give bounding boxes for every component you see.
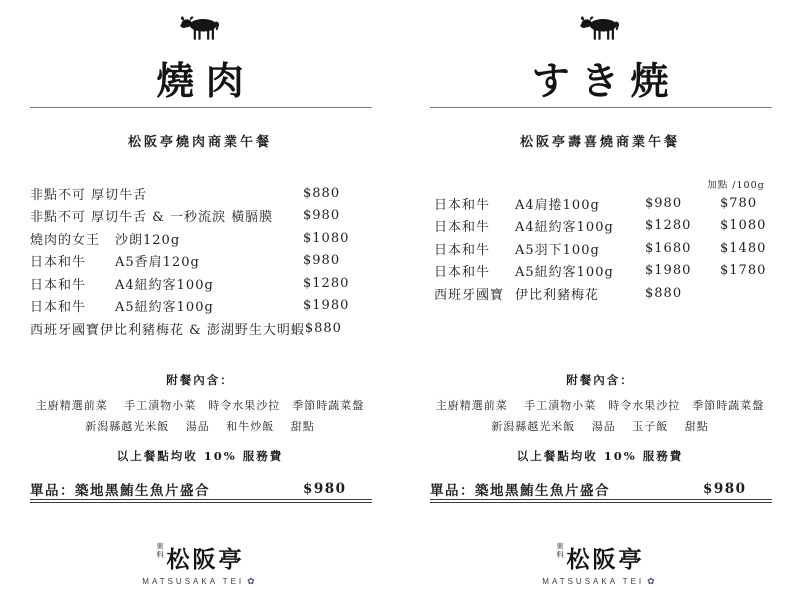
divider-line — [30, 107, 372, 108]
logo-name: 松阪亭 — [567, 541, 645, 574]
item-name: 日本和牛 — [30, 251, 115, 270]
single-item-row: 單品：築地黑鮪生魚片盛合 $980 — [30, 479, 372, 499]
menu-item: 日本和牛 A5羽下100g $1680 $1480 — [434, 237, 776, 260]
item-cut: A5紐約客100g — [115, 296, 303, 315]
menu-subtitle: 松阪亭燒肉商業午餐 — [0, 131, 400, 150]
flower-icon: ✿ — [647, 576, 658, 586]
item-name: 日本和牛 — [30, 296, 115, 315]
item-cut: A5香肩120g — [115, 251, 303, 270]
item-name: 非點不可 厚切牛舌 & 一秒流淚 橫膈膜 — [30, 206, 273, 225]
menu-page: 燒肉 松阪亭燒肉商業午餐 非點不可 厚切牛舌 $880 非點不可 厚切牛舌 & … — [0, 0, 800, 600]
menu-title-yakiniku: 燒肉 — [0, 50, 400, 105]
divider-line — [430, 107, 772, 108]
menu-item: 非點不可 厚切牛舌 & 一秒流淚 橫膈膜 $980 — [30, 205, 372, 228]
included-line: 新潟縣越光米飯 湯品 和牛炒飯 甜點 — [0, 416, 400, 437]
single-item-name: 單品：築地黑鮪生魚片盛合 — [430, 479, 703, 499]
item-addon-price: $1080 — [720, 218, 776, 233]
double-divider-line — [30, 499, 372, 503]
menu-title-sukiyaki: すき焼 — [400, 50, 800, 105]
logo-name: 松阪亭 — [167, 541, 245, 574]
item-addon-price: $780 — [720, 196, 776, 211]
item-price: $980 — [645, 196, 720, 211]
cow-icon — [0, 14, 400, 46]
item-price: $1980 — [645, 263, 720, 278]
included-header: 附餐內含： — [0, 372, 400, 388]
menu-item: 日本和牛 A4肩捲100g $980 $780 — [434, 192, 776, 215]
item-name: 日本和牛 — [434, 239, 515, 258]
flower-icon: ✿ — [247, 576, 258, 586]
menu-item: 燒肉的女王 沙朗120g $1080 — [30, 227, 372, 250]
item-price: $880 — [305, 321, 372, 336]
brand-logo: 東料 松阪亭 MATSUSAKA TEI✿ — [0, 541, 400, 587]
cow-icon — [400, 14, 800, 46]
item-price: $1980 — [303, 298, 372, 313]
menu-item: 日本和牛 A5紐約客100g $1980 $1780 — [434, 260, 776, 283]
item-price: $980 — [303, 253, 372, 268]
included-section: 附餐內含： 主廚精選前菜 手工漬物小菜 時令水果沙拉 季節時蔬菜盤 新潟縣越光米… — [400, 372, 800, 464]
item-cut: A4紐約客100g — [115, 274, 303, 293]
logo-romaji: MATSUSAKA TEI — [142, 577, 244, 586]
item-cut: 沙朗120g — [115, 229, 303, 248]
item-cut: A5紐約客100g — [515, 261, 645, 280]
item-price: $1280 — [645, 218, 720, 233]
item-price: $1080 — [303, 231, 372, 246]
menu-item-list: 日本和牛 A4肩捲100g $980 $780 日本和牛 A4紐約客100g $… — [434, 192, 776, 305]
menu-subtitle: 松阪亭壽喜燒商業午餐 — [400, 131, 800, 150]
single-item-price: $980 — [303, 481, 372, 497]
service-fee-note: 以上餐點均收 10% 服務費 — [0, 448, 400, 464]
item-name: 日本和牛 — [30, 274, 115, 293]
menu-item: 日本和牛 A4紐約客100g $1280 — [30, 272, 372, 295]
included-section: 附餐內含： 主廚精選前菜 手工漬物小菜 時令水果沙拉 季節時蔬菜盤 新潟縣越光米… — [0, 372, 400, 464]
included-line: 主廚精選前菜 手工漬物小菜 時令水果沙拉 季節時蔬菜盤 — [0, 395, 400, 416]
item-cut: A5羽下100g — [515, 239, 645, 258]
menu-item: 西班牙國寶伊比利豬梅花 & 澎湖野生大明蝦 $880 — [30, 317, 372, 340]
double-divider-line — [430, 499, 772, 503]
item-name: 西班牙國寶 — [434, 284, 515, 303]
menu-item: 非點不可 厚切牛舌 $880 — [30, 182, 372, 205]
single-item-name: 單品：築地黑鮪生魚片盛合 — [30, 479, 303, 499]
item-price: $880 — [303, 186, 372, 201]
logo-small-mark: 東料 — [156, 542, 165, 559]
included-line: 主廚精選前菜 手工漬物小菜 時令水果沙拉 季節時蔬菜盤 — [400, 395, 800, 416]
service-fee-note: 以上餐點均收 10% 服務費 — [400, 448, 800, 464]
included-header: 附餐內含： — [400, 372, 800, 388]
menu-item: 日本和牛 A5香肩120g $980 — [30, 250, 372, 273]
item-addon-price: $1780 — [720, 263, 776, 278]
sukiyaki-column: すき焼 松阪亭壽喜燒商業午餐 加點 /100g 日本和牛 A4肩捲100g $9… — [400, 0, 800, 600]
logo-small-mark: 東料 — [556, 542, 565, 559]
yakiniku-column: 燒肉 松阪亭燒肉商業午餐 非點不可 厚切牛舌 $880 非點不可 厚切牛舌 & … — [0, 0, 400, 600]
menu-item: 西班牙國寶 伊比利豬梅花 $880 — [434, 282, 776, 305]
item-price: $1680 — [645, 241, 720, 256]
item-cut: A4紐約客100g — [515, 216, 645, 235]
item-name: 非點不可 厚切牛舌 — [30, 184, 147, 203]
menu-item: 日本和牛 A5紐約客100g $1980 — [30, 295, 372, 318]
single-item-row: 單品：築地黑鮪生魚片盛合 $980 — [430, 479, 772, 499]
item-price: $880 — [645, 286, 720, 301]
brand-logo: 東料 松阪亭 MATSUSAKA TEI✿ — [400, 541, 800, 587]
item-price: $1280 — [303, 276, 372, 291]
item-cut: A4肩捲100g — [515, 194, 645, 213]
item-name: 西班牙國寶伊比利豬梅花 & 澎湖野生大明蝦 — [30, 319, 305, 338]
item-price: $980 — [303, 208, 372, 223]
logo-romaji: MATSUSAKA TEI — [542, 577, 644, 586]
single-item-price: $980 — [703, 481, 772, 497]
included-line: 新潟縣越光米飯 湯品 玉子飯 甜點 — [400, 416, 800, 437]
item-name: 日本和牛 — [434, 261, 515, 280]
item-name: 燒肉的女王 — [30, 229, 115, 248]
menu-item-list: 非點不可 厚切牛舌 $880 非點不可 厚切牛舌 & 一秒流淚 橫膈膜 $980… — [30, 182, 372, 340]
menu-item: 日本和牛 A4紐約客100g $1280 $1080 — [434, 215, 776, 238]
addon-price-header: 加點 /100g — [694, 177, 778, 191]
item-addon-price: $1480 — [720, 241, 776, 256]
item-name: 日本和牛 — [434, 216, 515, 235]
item-cut: 伊比利豬梅花 — [515, 284, 645, 303]
item-name: 日本和牛 — [434, 194, 515, 213]
